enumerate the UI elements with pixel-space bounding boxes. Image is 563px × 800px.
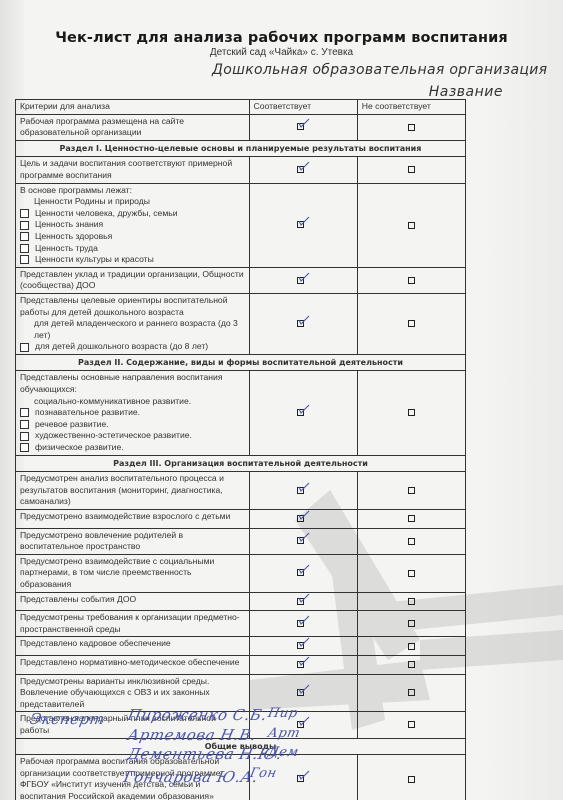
complies-cell <box>249 528 357 554</box>
table-row: Представлены события ДОО <box>16 592 466 611</box>
column-header-not-complies: Не соответствует <box>357 100 465 115</box>
criterion-cell: Предусмотрено взаимодействие с социальны… <box>16 554 250 592</box>
subitem-label: Ценность труда <box>35 243 98 253</box>
subitem-label: речевое развитие. <box>35 419 109 429</box>
complies-cell <box>249 592 357 611</box>
complies-cell <box>249 472 357 510</box>
criterion-text: В основе программы лежат: <box>20 185 245 197</box>
column-header-criteria: Критерии для анализа <box>16 100 250 115</box>
not-complies-cell <box>357 528 465 554</box>
table-row: Представлены целевые ориентиры воспитате… <box>16 293 466 354</box>
complies-cell <box>249 157 357 183</box>
table-row: Предусмотрено взаимодействие взрослого с… <box>16 510 466 529</box>
table-row: Представлено нормативно-методическое обе… <box>16 655 466 674</box>
not-complies-cell <box>357 293 465 354</box>
subitem-label: художественно-эстетическое развитие. <box>35 430 192 440</box>
subitem-checkbox[interactable] <box>20 244 29 253</box>
criterion-subitem: физическое развитие. <box>20 442 245 454</box>
criterion-text: Предусмотрено взаимодействие с социальны… <box>20 556 245 591</box>
section-title: Раздел I. Ценностно-целевые основы и пла… <box>16 140 466 157</box>
not-complies-cell <box>357 611 465 637</box>
subitem-label: социально-коммуникативное развитие. <box>34 396 191 406</box>
complies-cell <box>249 267 357 293</box>
criterion-subitem: Ценность здоровья <box>20 231 245 243</box>
not-complies-checkbox[interactable] <box>408 409 415 416</box>
subitem-checkbox[interactable] <box>20 209 29 218</box>
criterion-cell: Представлены основные направления воспит… <box>16 371 250 455</box>
expert-name-2: Артемова Н.В. <box>126 726 258 744</box>
subitem-label: Ценности человека, дружбы, семьи <box>35 208 178 218</box>
table-row: Цель и задачи воспитания соответствуют п… <box>16 157 466 183</box>
table-row: Предусмотрен анализ воспитательного проц… <box>16 472 466 510</box>
not-complies-checkbox[interactable] <box>408 570 415 577</box>
expert-sign-1: Пир <box>266 706 299 721</box>
criterion-cell: Представлены события ДОО <box>16 592 250 611</box>
criterion-text: Рабочая программа размещена на сайте обр… <box>20 116 245 139</box>
expert-sign-2: Арт <box>266 726 301 741</box>
not-complies-cell <box>357 371 465 455</box>
expert-name-1: Пироженко С.Б. <box>126 706 269 724</box>
complies-cell <box>249 554 357 592</box>
subitem-label: физическое развитие. <box>35 442 124 452</box>
criterion-cell: Представлено нормативно-методическое обе… <box>16 655 250 674</box>
not-complies-cell <box>357 592 465 611</box>
criterion-subitem: познавательное развитие. <box>20 407 245 419</box>
table-header-row: Критерии для анализа Соответствует Не со… <box>16 100 466 115</box>
criterion-text: Предусмотрен анализ воспитательного проц… <box>20 473 245 508</box>
not-complies-cell <box>357 655 465 674</box>
subitem-checkbox[interactable] <box>20 255 29 264</box>
subitem-checkbox[interactable] <box>20 432 29 441</box>
complies-checkbox[interactable] <box>295 594 311 606</box>
criterion-subitem: речевое развитие. <box>20 419 245 431</box>
criterion-text: Предусмотрено вовлечение родителей в вос… <box>20 530 245 553</box>
criterion-cell: Представлены целевые ориентиры воспитате… <box>16 293 250 354</box>
not-complies-checkbox[interactable] <box>408 598 415 605</box>
not-complies-checkbox[interactable] <box>408 320 415 327</box>
complies-checkbox[interactable] <box>295 405 311 417</box>
complies-checkbox[interactable] <box>295 638 311 650</box>
criterion-text: Предусмотрено взаимодействие взрослого с… <box>20 511 245 523</box>
section-header-row: Раздел III. Организация воспитательной д… <box>16 455 466 472</box>
expert-sign-4: Гон <box>248 766 278 781</box>
not-complies-checkbox[interactable] <box>408 661 415 668</box>
complies-checkbox[interactable] <box>295 616 311 628</box>
criterion-cell: Цель и задачи воспитания соответствуют п… <box>16 157 250 183</box>
subitem-label: для детей младенческого и раннего возрас… <box>34 318 238 340</box>
subitem-label: для детей дошкольного возраста (до 8 лет… <box>35 341 208 351</box>
subitem-checkbox[interactable] <box>20 343 29 352</box>
criterion-cell: Предусмотрены требования к организации п… <box>16 611 250 637</box>
organization-type: Дошкольная образовательная организация <box>212 62 547 78</box>
document-title: Чек-лист для анализа рабочих программ во… <box>0 30 563 46</box>
not-complies-checkbox[interactable] <box>408 620 415 627</box>
criterion-subitem: Ценности Родины и природы <box>20 196 245 208</box>
complies-checkbox[interactable] <box>295 273 311 285</box>
subitem-checkbox[interactable] <box>20 221 29 230</box>
table-row: Рабочая программа размещена на сайте обр… <box>16 114 466 140</box>
not-complies-cell <box>357 183 465 267</box>
not-complies-checkbox[interactable] <box>408 776 415 783</box>
criterion-cell: Предусмотрено взаимодействие взрослого с… <box>16 510 250 529</box>
complies-cell <box>249 510 357 529</box>
criterion-text: Цель и задачи воспитания соответствуют п… <box>20 158 245 181</box>
complies-cell <box>249 114 357 140</box>
name-label: Название <box>429 84 503 100</box>
subitem-label: Ценности культуры и красоты <box>35 254 154 264</box>
not-complies-checkbox[interactable] <box>408 222 415 229</box>
section-header-row: Раздел I. Ценностно-целевые основы и пла… <box>16 140 466 157</box>
complies-cell <box>249 183 357 267</box>
criterion-cell: Предусмотрен анализ воспитательного проц… <box>16 472 250 510</box>
complies-cell <box>249 371 357 455</box>
checklist-table: Критерии для анализа Соответствует Не со… <box>15 99 466 800</box>
complies-cell <box>249 611 357 637</box>
criterion-text: Представлено нормативно-методическое обе… <box>20 657 245 669</box>
table-row: Предусмотрены требования к организации п… <box>16 611 466 637</box>
expert-sign-3: Дем <box>266 745 300 760</box>
complies-checkbox[interactable] <box>295 316 311 328</box>
not-complies-cell <box>357 472 465 510</box>
complies-checkbox[interactable] <box>295 533 311 545</box>
not-complies-cell <box>357 674 465 712</box>
not-complies-cell <box>357 267 465 293</box>
complies-checkbox[interactable] <box>295 483 311 495</box>
not-complies-cell <box>357 114 465 140</box>
table-row: Предусмотрено взаимодействие с социальны… <box>16 554 466 592</box>
not-complies-cell <box>357 157 465 183</box>
subitem-checkbox[interactable] <box>20 443 29 452</box>
table-row: Представлено кадровое обеспечение <box>16 637 466 656</box>
criterion-cell: Представлено кадровое обеспечение <box>16 637 250 656</box>
not-complies-cell <box>357 637 465 656</box>
subitem-label: Ценность знания <box>35 219 103 229</box>
criterion-cell: Представлен уклад и традиции организации… <box>16 267 250 293</box>
expert-name-4: Гончарова Ю.А. <box>122 768 260 786</box>
table-row: В основе программы лежат:Ценности Родины… <box>16 183 466 267</box>
column-header-complies: Соответствует <box>249 100 357 115</box>
complies-cell <box>249 293 357 354</box>
criterion-subitem: для детей дошкольного возраста (до 8 лет… <box>20 341 245 353</box>
not-complies-checkbox[interactable] <box>408 721 415 728</box>
complies-cell <box>249 637 357 656</box>
expert-label: Эксперт <box>28 710 107 728</box>
subitem-label: Ценности Родины и природы <box>34 196 150 206</box>
not-complies-checkbox[interactable] <box>408 689 415 696</box>
complies-checkbox[interactable] <box>295 511 311 523</box>
complies-checkbox[interactable] <box>295 771 311 783</box>
not-complies-checkbox[interactable] <box>408 124 415 131</box>
complies-cell <box>249 655 357 674</box>
criterion-subitem: социально-коммуникативное развитие. <box>20 396 245 408</box>
not-complies-checkbox[interactable] <box>408 515 415 522</box>
not-complies-checkbox[interactable] <box>408 277 415 284</box>
section-title: Раздел II. Содержание, виды и формы восп… <box>16 354 466 371</box>
table-row: Представлен уклад и традиции организации… <box>16 267 466 293</box>
criterion-text: Представлены целевые ориентиры воспитате… <box>20 295 245 318</box>
not-complies-cell <box>357 510 465 529</box>
criterion-subitem: Ценности человека, дружбы, семьи <box>20 208 245 220</box>
section-title: Раздел III. Организация воспитательной д… <box>16 455 466 472</box>
criterion-text: Представлены основные направления воспит… <box>20 372 245 395</box>
subitem-label: познавательное развитие. <box>35 407 140 417</box>
not-complies-checkbox[interactable] <box>408 487 415 494</box>
complies-checkbox[interactable] <box>295 119 311 131</box>
subitem-checkbox[interactable] <box>20 408 29 417</box>
criterion-subitem: Ценность труда <box>20 243 245 255</box>
criterion-subitem: художественно-эстетическое развитие. <box>20 430 245 442</box>
criterion-cell: В основе программы лежат:Ценности Родины… <box>16 183 250 267</box>
table-row: Предусмотрено вовлечение родителей в вос… <box>16 528 466 554</box>
criterion-text: Предусмотрены требования к организации п… <box>20 612 245 635</box>
criterion-subitem: для детей младенческого и раннего возрас… <box>20 318 245 341</box>
complies-checkbox[interactable] <box>295 685 311 697</box>
criterion-text: Представлен уклад и традиции организации… <box>20 269 245 292</box>
complies-checkbox[interactable] <box>295 162 311 174</box>
complies-checkbox[interactable] <box>295 217 311 229</box>
subitem-label: Ценность здоровья <box>35 231 112 241</box>
criterion-text: Представлены события ДОО <box>20 594 245 606</box>
criterion-cell: Рабочая программа размещена на сайте обр… <box>16 114 250 140</box>
not-complies-checkbox[interactable] <box>408 538 415 545</box>
expert-name-3: Дементьева Н.Ю. <box>126 745 284 763</box>
not-complies-cell <box>357 755 465 800</box>
document-subtitle: Детский сад «Чайка» с. Утевка <box>0 47 563 58</box>
criterion-cell: Предусмотрено вовлечение родителей в вос… <box>16 528 250 554</box>
criterion-subitem: Ценность знания <box>20 219 245 231</box>
scan-edge-right <box>483 0 563 800</box>
not-complies-checkbox[interactable] <box>408 643 415 650</box>
not-complies-cell <box>357 712 465 738</box>
not-complies-checkbox[interactable] <box>408 166 415 173</box>
table-row: Представлены основные направления воспит… <box>16 371 466 455</box>
subitem-checkbox[interactable] <box>20 420 29 429</box>
subitem-checkbox[interactable] <box>20 232 29 241</box>
criterion-subitem: Ценности культуры и красоты <box>20 254 245 266</box>
not-complies-cell <box>357 554 465 592</box>
complies-checkbox[interactable] <box>295 657 311 669</box>
section-header-row: Раздел II. Содержание, виды и формы восп… <box>16 354 466 371</box>
criterion-text: Представлено кадровое обеспечение <box>20 638 245 650</box>
complies-checkbox[interactable] <box>295 565 311 577</box>
